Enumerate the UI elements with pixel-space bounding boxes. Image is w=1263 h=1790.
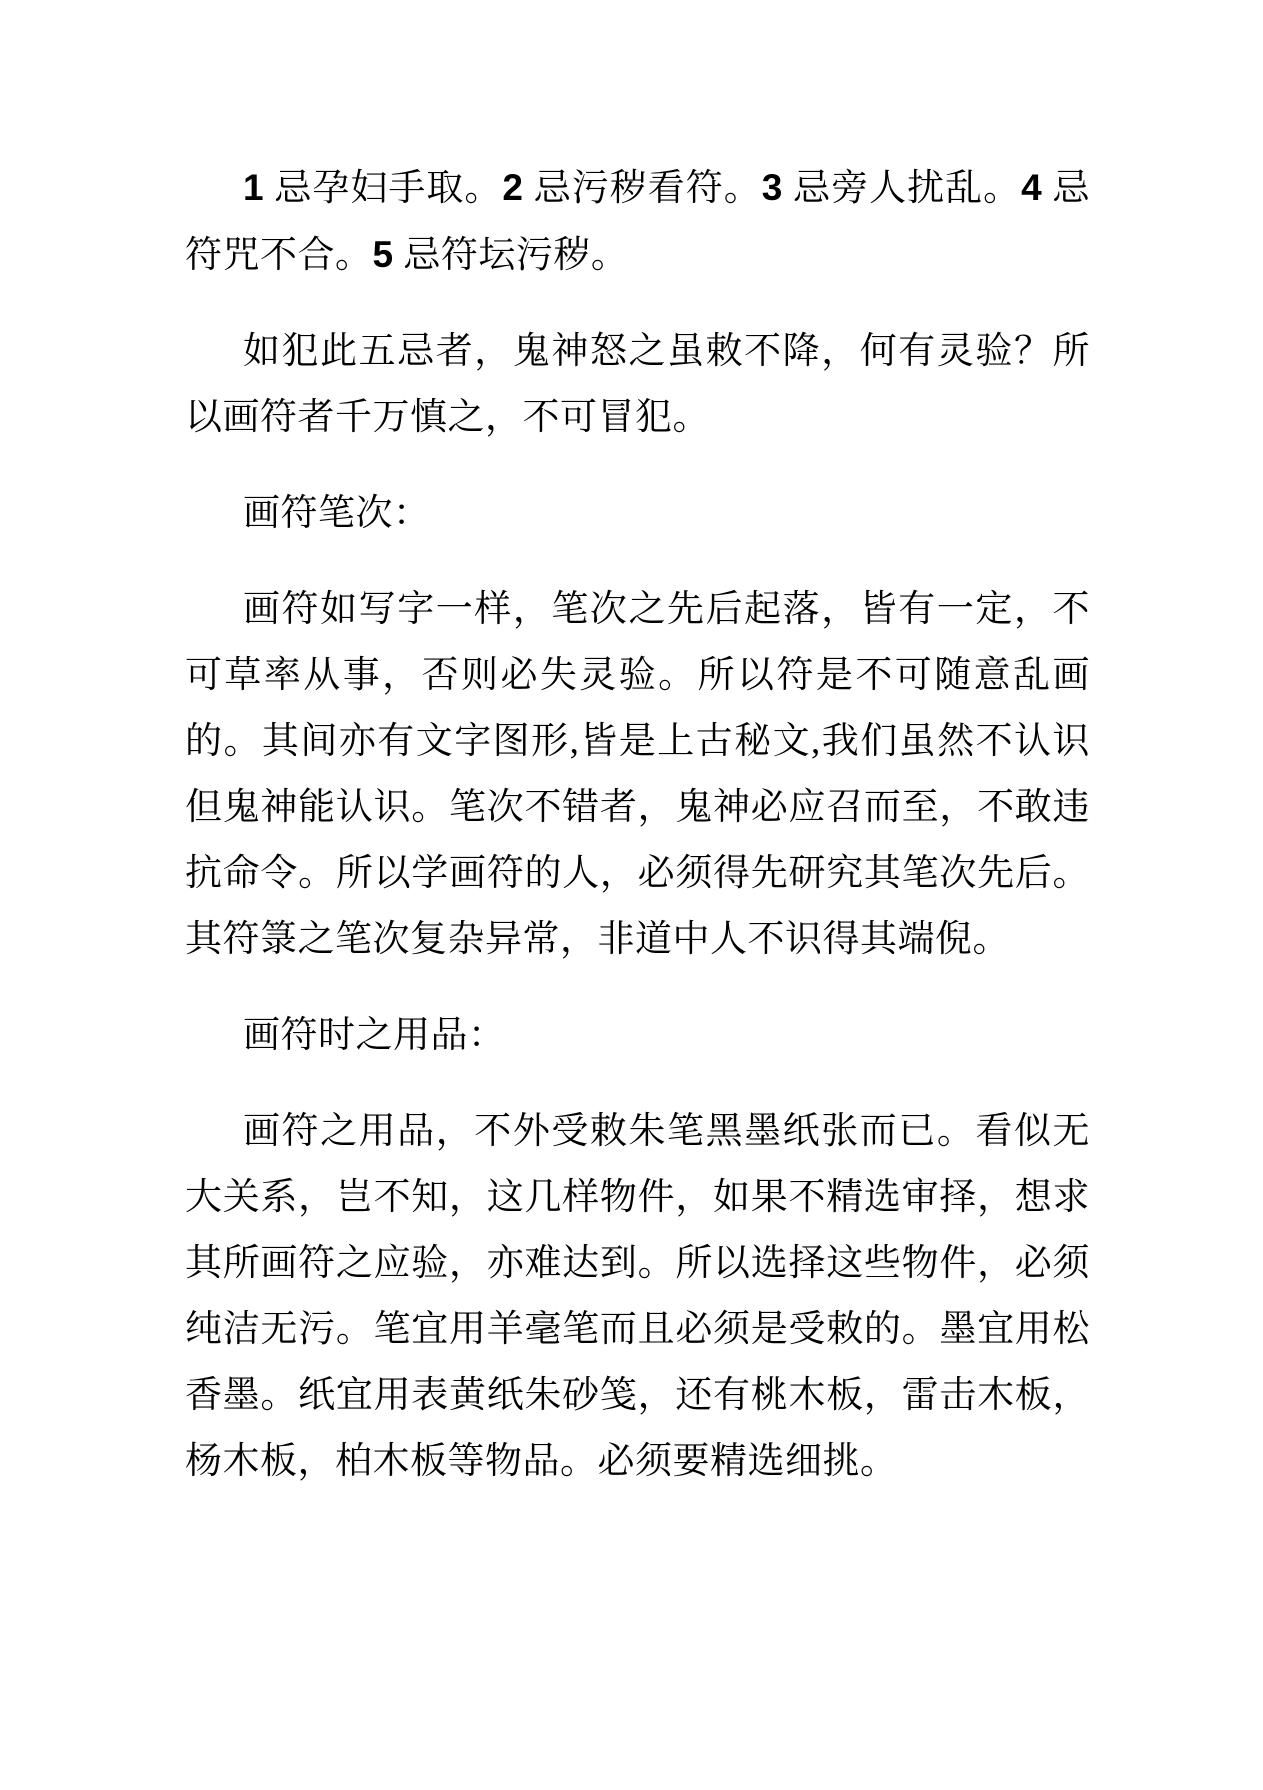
text-run: 如犯此五忌者，鬼神怒之虽敕不降，何有灵验？所以画符者千万慎之，不可冒犯。: [185, 331, 1090, 438]
text-run: 忌符坛污秽。: [394, 235, 629, 276]
section-heading-stroke-order: 画符笔次：: [185, 481, 1090, 547]
document-page: 1 忌孕妇手取。2 忌污秽看符。3 忌旁人扰乱。4 忌符咒不合。5 忌符坛污秽。…: [0, 0, 1263, 1790]
taboo-list-paragraph: 1 忌孕妇手取。2 忌污秽看符。3 忌旁人扰乱。4 忌符咒不合。5 忌符坛污秽。: [185, 155, 1090, 289]
text-run: 忌污秽看符。: [523, 168, 761, 209]
list-number: 2: [502, 167, 523, 208]
text-run: 画符笔次：: [243, 493, 431, 534]
stroke-order-body-paragraph: 画符如写字一样，笔次之先后起落，皆有一定，不可草率从事，否则必失灵验。所以符是不…: [185, 577, 1090, 973]
text-run: 画符之用品，不外受敕朱笔黑墨纸张而已。看似无大关系，岂不知，这几样物件，如果不精…: [185, 1111, 1090, 1482]
taboo-warning-paragraph: 如犯此五忌者，鬼神怒之虽敕不降，何有灵验？所以画符者千万慎之，不可冒犯。: [185, 319, 1090, 451]
list-number: 1: [243, 167, 264, 208]
section-heading-supplies: 画符时之用品：: [185, 1003, 1090, 1069]
list-number: 3: [762, 167, 783, 208]
text-run: 画符如写字一样，笔次之先后起落，皆有一定，不可草率从事，否则必失灵验。所以符是不…: [185, 589, 1090, 960]
list-number: 4: [1021, 167, 1042, 208]
text-run: 画符时之用品：: [243, 1015, 506, 1056]
text-run: 忌孕妇手取。: [264, 168, 502, 209]
supplies-body-paragraph: 画符之用品，不外受敕朱笔黑墨纸张而已。看似无大关系，岂不知，这几样物件，如果不精…: [185, 1099, 1090, 1495]
list-number: 5: [373, 234, 394, 275]
text-run: 忌旁人扰乱。: [783, 168, 1021, 209]
